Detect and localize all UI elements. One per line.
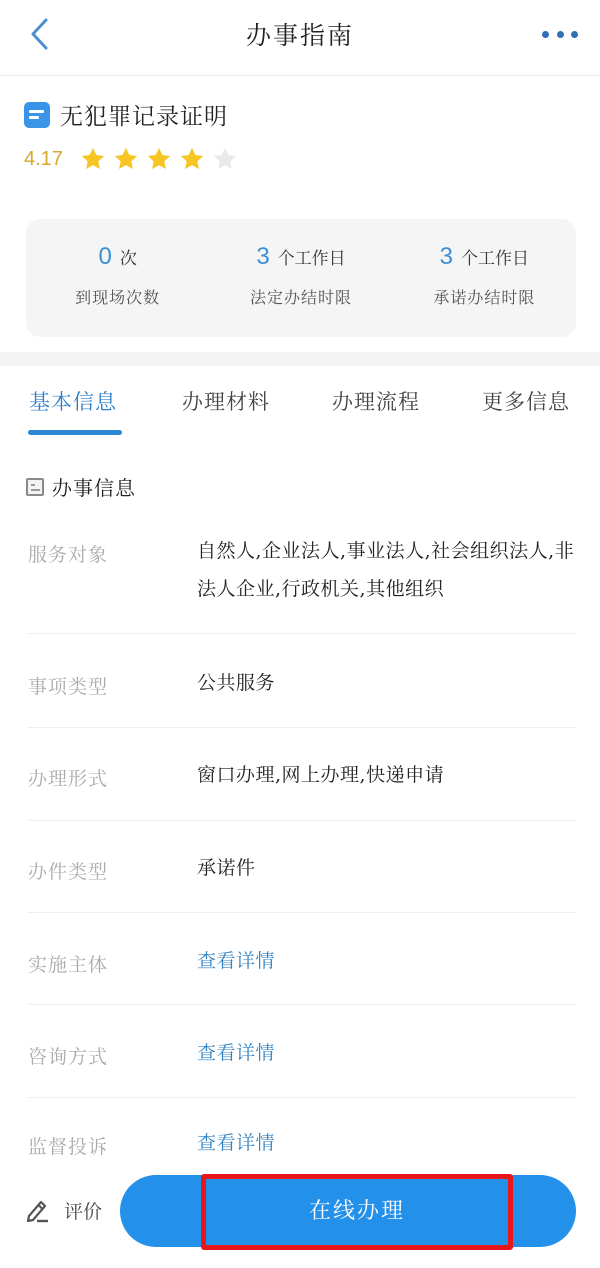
star-filled-icon: [79, 145, 107, 173]
stat-label: 承诺办结时限: [393, 285, 576, 308]
rating-row: 4.17: [24, 145, 244, 173]
online-handle-label[interactable]: 在线办理: [201, 1174, 513, 1250]
tab-process[interactable]: 办理流程: [332, 386, 420, 416]
pencil-icon: [24, 1196, 52, 1224]
rating-score: 4.17: [24, 148, 63, 171]
row-divider: [28, 1004, 576, 1005]
stat-value: 3: [256, 243, 269, 271]
stats-card: 0 次 到现场次数 3 个工作日 法定办结时限 3 个工作日 承诺办结时限: [26, 219, 576, 337]
evaluate-button[interactable]: 评价: [24, 1196, 102, 1224]
info-label: 事项类型: [28, 672, 108, 699]
info-label: 办件类型: [28, 857, 108, 884]
info-value: 自然人,企业法人,事业法人,社会组织法人,非法人企业,行政机关,其他组织: [197, 532, 575, 608]
stat-legal-deadline: 3 个工作日 法定办结时限: [209, 219, 392, 337]
section-title: 办事信息: [52, 472, 136, 501]
star-empty-icon: [211, 145, 239, 173]
view-details-link[interactable]: 查看详情: [197, 1124, 575, 1162]
star-filled-icon: [178, 145, 206, 173]
view-details-link[interactable]: 查看详情: [197, 1034, 575, 1072]
info-label: 监督投诉: [28, 1132, 108, 1159]
stat-label: 到现场次数: [26, 285, 209, 308]
service-title-row: 无犯罪记录证明: [24, 98, 228, 131]
more-horizontal-icon-dot: [557, 31, 564, 38]
info-card-icon: [26, 478, 44, 496]
nav-header: 办事指南: [0, 0, 600, 76]
stat-value: 3: [440, 243, 453, 271]
row-divider: [28, 727, 576, 728]
more-button[interactable]: [542, 24, 578, 44]
stat-promised-deadline: 3 个工作日 承诺办结时限: [393, 219, 576, 337]
info-label: 办理形式: [28, 764, 108, 791]
stat-unit: 个工作日: [461, 244, 529, 269]
stat-label: 法定办结时限: [209, 285, 392, 308]
row-divider: [28, 912, 576, 913]
document-icon: [24, 102, 50, 128]
view-details-link[interactable]: 查看详情: [197, 942, 575, 980]
info-label: 实施主体: [28, 950, 108, 977]
tab-materials[interactable]: 办理材料: [182, 386, 270, 416]
info-value: 窗口办理,网上办理,快递申请: [197, 756, 575, 794]
row-divider: [28, 633, 576, 634]
section-divider: [0, 352, 600, 366]
row-divider: [28, 820, 576, 821]
stat-value: 0: [98, 243, 111, 271]
info-label: 咨询方式: [28, 1042, 108, 1069]
page-title: 办事指南: [0, 16, 600, 52]
more-horizontal-icon-dot: [542, 31, 549, 38]
stat-unit: 次: [120, 244, 137, 269]
info-value: 承诺件: [197, 849, 575, 887]
row-divider: [28, 1097, 576, 1098]
star-filled-icon: [145, 145, 173, 173]
info-value: 公共服务: [197, 664, 575, 702]
evaluate-label: 评价: [64, 1197, 102, 1224]
tab-more-info[interactable]: 更多信息: [482, 386, 570, 416]
star-filled-icon: [112, 145, 140, 173]
tab-bar: 基本信息 办理材料 办理流程 更多信息: [0, 366, 600, 440]
more-horizontal-icon-dot: [571, 31, 578, 38]
info-label: 服务对象: [28, 540, 108, 567]
stat-unit: 个工作日: [278, 244, 346, 269]
stat-onsite-visits: 0 次 到现场次数: [26, 219, 209, 337]
active-tab-indicator: [28, 430, 122, 435]
tab-basic-info[interactable]: 基本信息: [29, 386, 117, 416]
star-rating: [79, 145, 244, 173]
service-title: 无犯罪记录证明: [60, 98, 228, 131]
section-header: 办事信息: [26, 472, 136, 501]
bottom-action-bar: 评价 在线办理: [0, 1160, 600, 1268]
